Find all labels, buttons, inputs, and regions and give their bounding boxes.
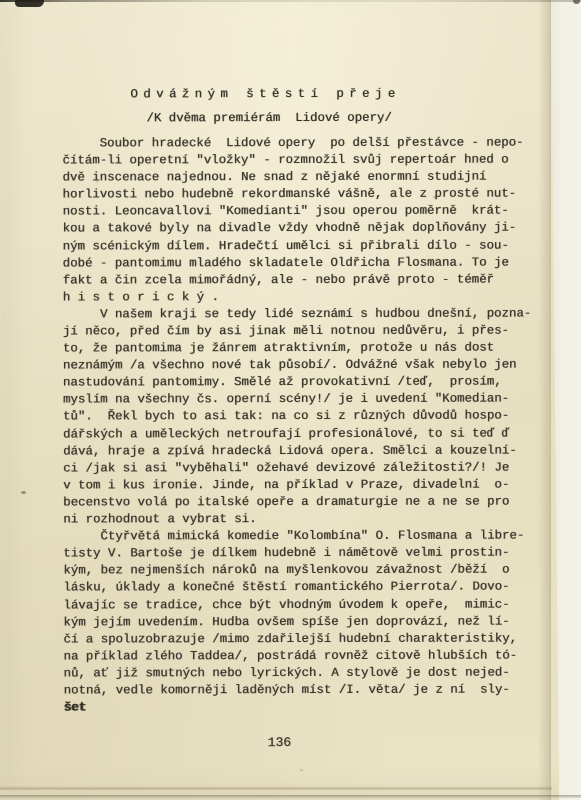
overstruck-word: šet bbox=[64, 699, 540, 717]
article-subtitle: /K dvěma premiérám Lidové opery/ bbox=[62, 110, 538, 128]
paragraph-1: Soubor hradecké Lidové opery po delší př… bbox=[62, 134, 538, 306]
paragraph-2: V našem kraji se tedy lidé seznámí s hud… bbox=[63, 305, 539, 528]
paragraph-3: Čtyřvětá mimická komedie "Kolombína" O. … bbox=[63, 528, 539, 700]
article-title: O d v á ž n ý m š t ě s t í p ř e j e bbox=[62, 86, 538, 104]
paper-right-edge-shadow bbox=[538, 0, 551, 800]
ink-speck bbox=[21, 491, 26, 494]
typewritten-text-block: O d v á ž n ý m š t ě s t í p ř e j e /K… bbox=[62, 86, 539, 752]
ink-speck bbox=[300, 769, 303, 771]
scanned-document-page: O d v á ž n ý m š t ě s t í p ř e j e /K… bbox=[0, 0, 581, 800]
page-number: 136 bbox=[64, 734, 540, 752]
paper-bottom-edge-shadow bbox=[0, 786, 552, 790]
scan-bottom-crease bbox=[0, 795, 581, 798]
scan-top-edge bbox=[0, 0, 581, 2]
scan-top-left-mark bbox=[15, 0, 44, 7]
